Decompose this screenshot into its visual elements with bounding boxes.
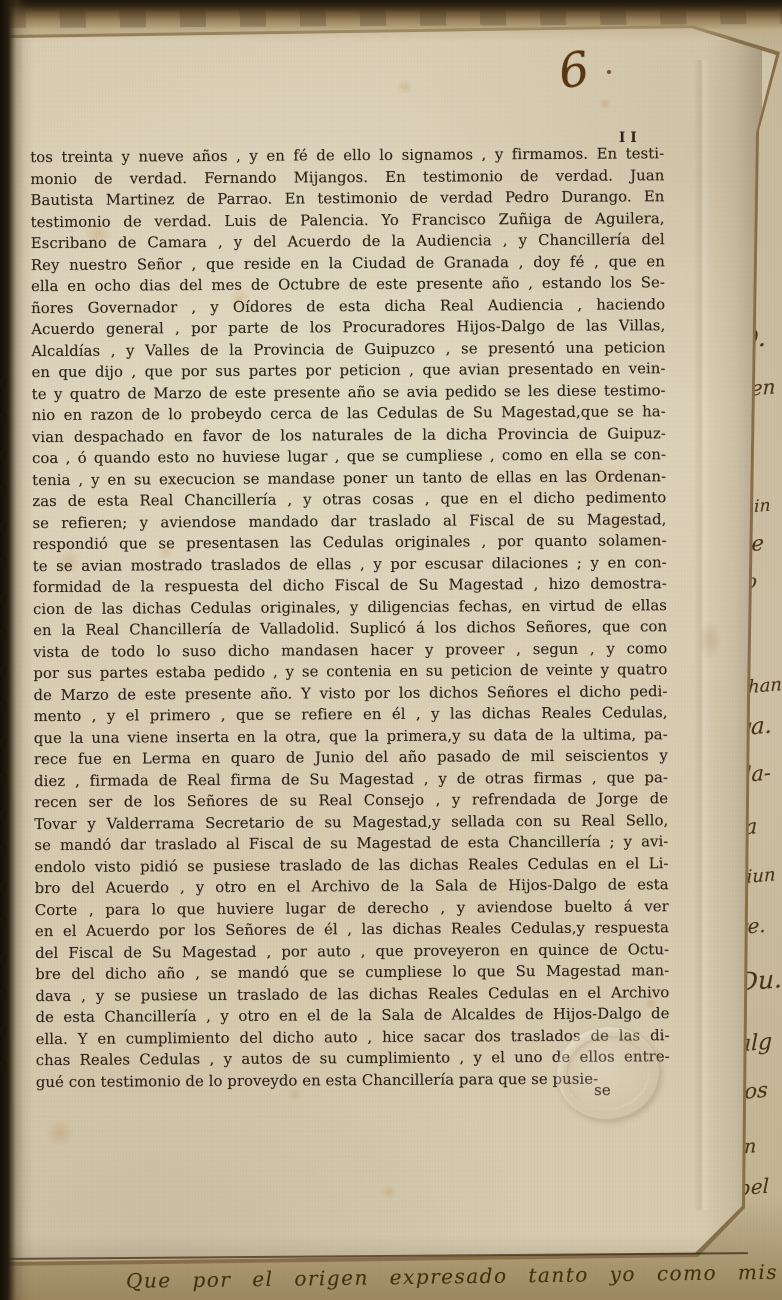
stain (44, 1120, 76, 1146)
stain (380, 1186, 398, 1199)
page-top-edge (0, 0, 782, 42)
stain (396, 80, 414, 94)
printed-text-line: Bautista Martinez de Parrao. En testimon… (30, 186, 664, 211)
printed-text-line: Escribano de Camara , y del Acuerdo de l… (31, 229, 665, 254)
printed-text-line: coa , ó quando esto no huviese lugar , q… (32, 444, 666, 469)
printed-text-line: Acuerdo general , por parte de los Procu… (31, 315, 665, 340)
printed-text-line: bre del dicho año , se mandó que se cump… (35, 960, 669, 985)
printed-text-line: de esta Chancillería , y otro en el de l… (35, 1003, 669, 1028)
printed-text-line: nio en razon de lo probeydo cerca de las… (32, 401, 666, 426)
gutter-showthrough-marks (0, 378, 6, 1078)
printed-text-line: zas de esta Real Chancillería , y otras … (32, 487, 666, 512)
folio-number-handwritten: 6 (555, 35, 635, 115)
printed-text-line: en que dijo , que por sus partes por pet… (31, 358, 665, 383)
main-page: 6 II tos treinta y nueve años , y en fé … (0, 0, 782, 1300)
printed-text-line: respondió que se presentasen las Cedulas… (32, 530, 666, 555)
printed-text-block: tos treinta y nueve años , y en fé de el… (30, 143, 670, 1093)
vertical-crease (694, 60, 710, 1210)
ink-dot (607, 70, 611, 74)
manuscript-scan: aD.benno:minuetohchanya.da-lariunre.Du.a… (0, 0, 782, 1300)
printed-text-line: ella en ocho dias del mes de Octubre de … (31, 272, 665, 297)
printed-text-line: tos treinta y nueve años , y en fé de el… (30, 143, 664, 168)
